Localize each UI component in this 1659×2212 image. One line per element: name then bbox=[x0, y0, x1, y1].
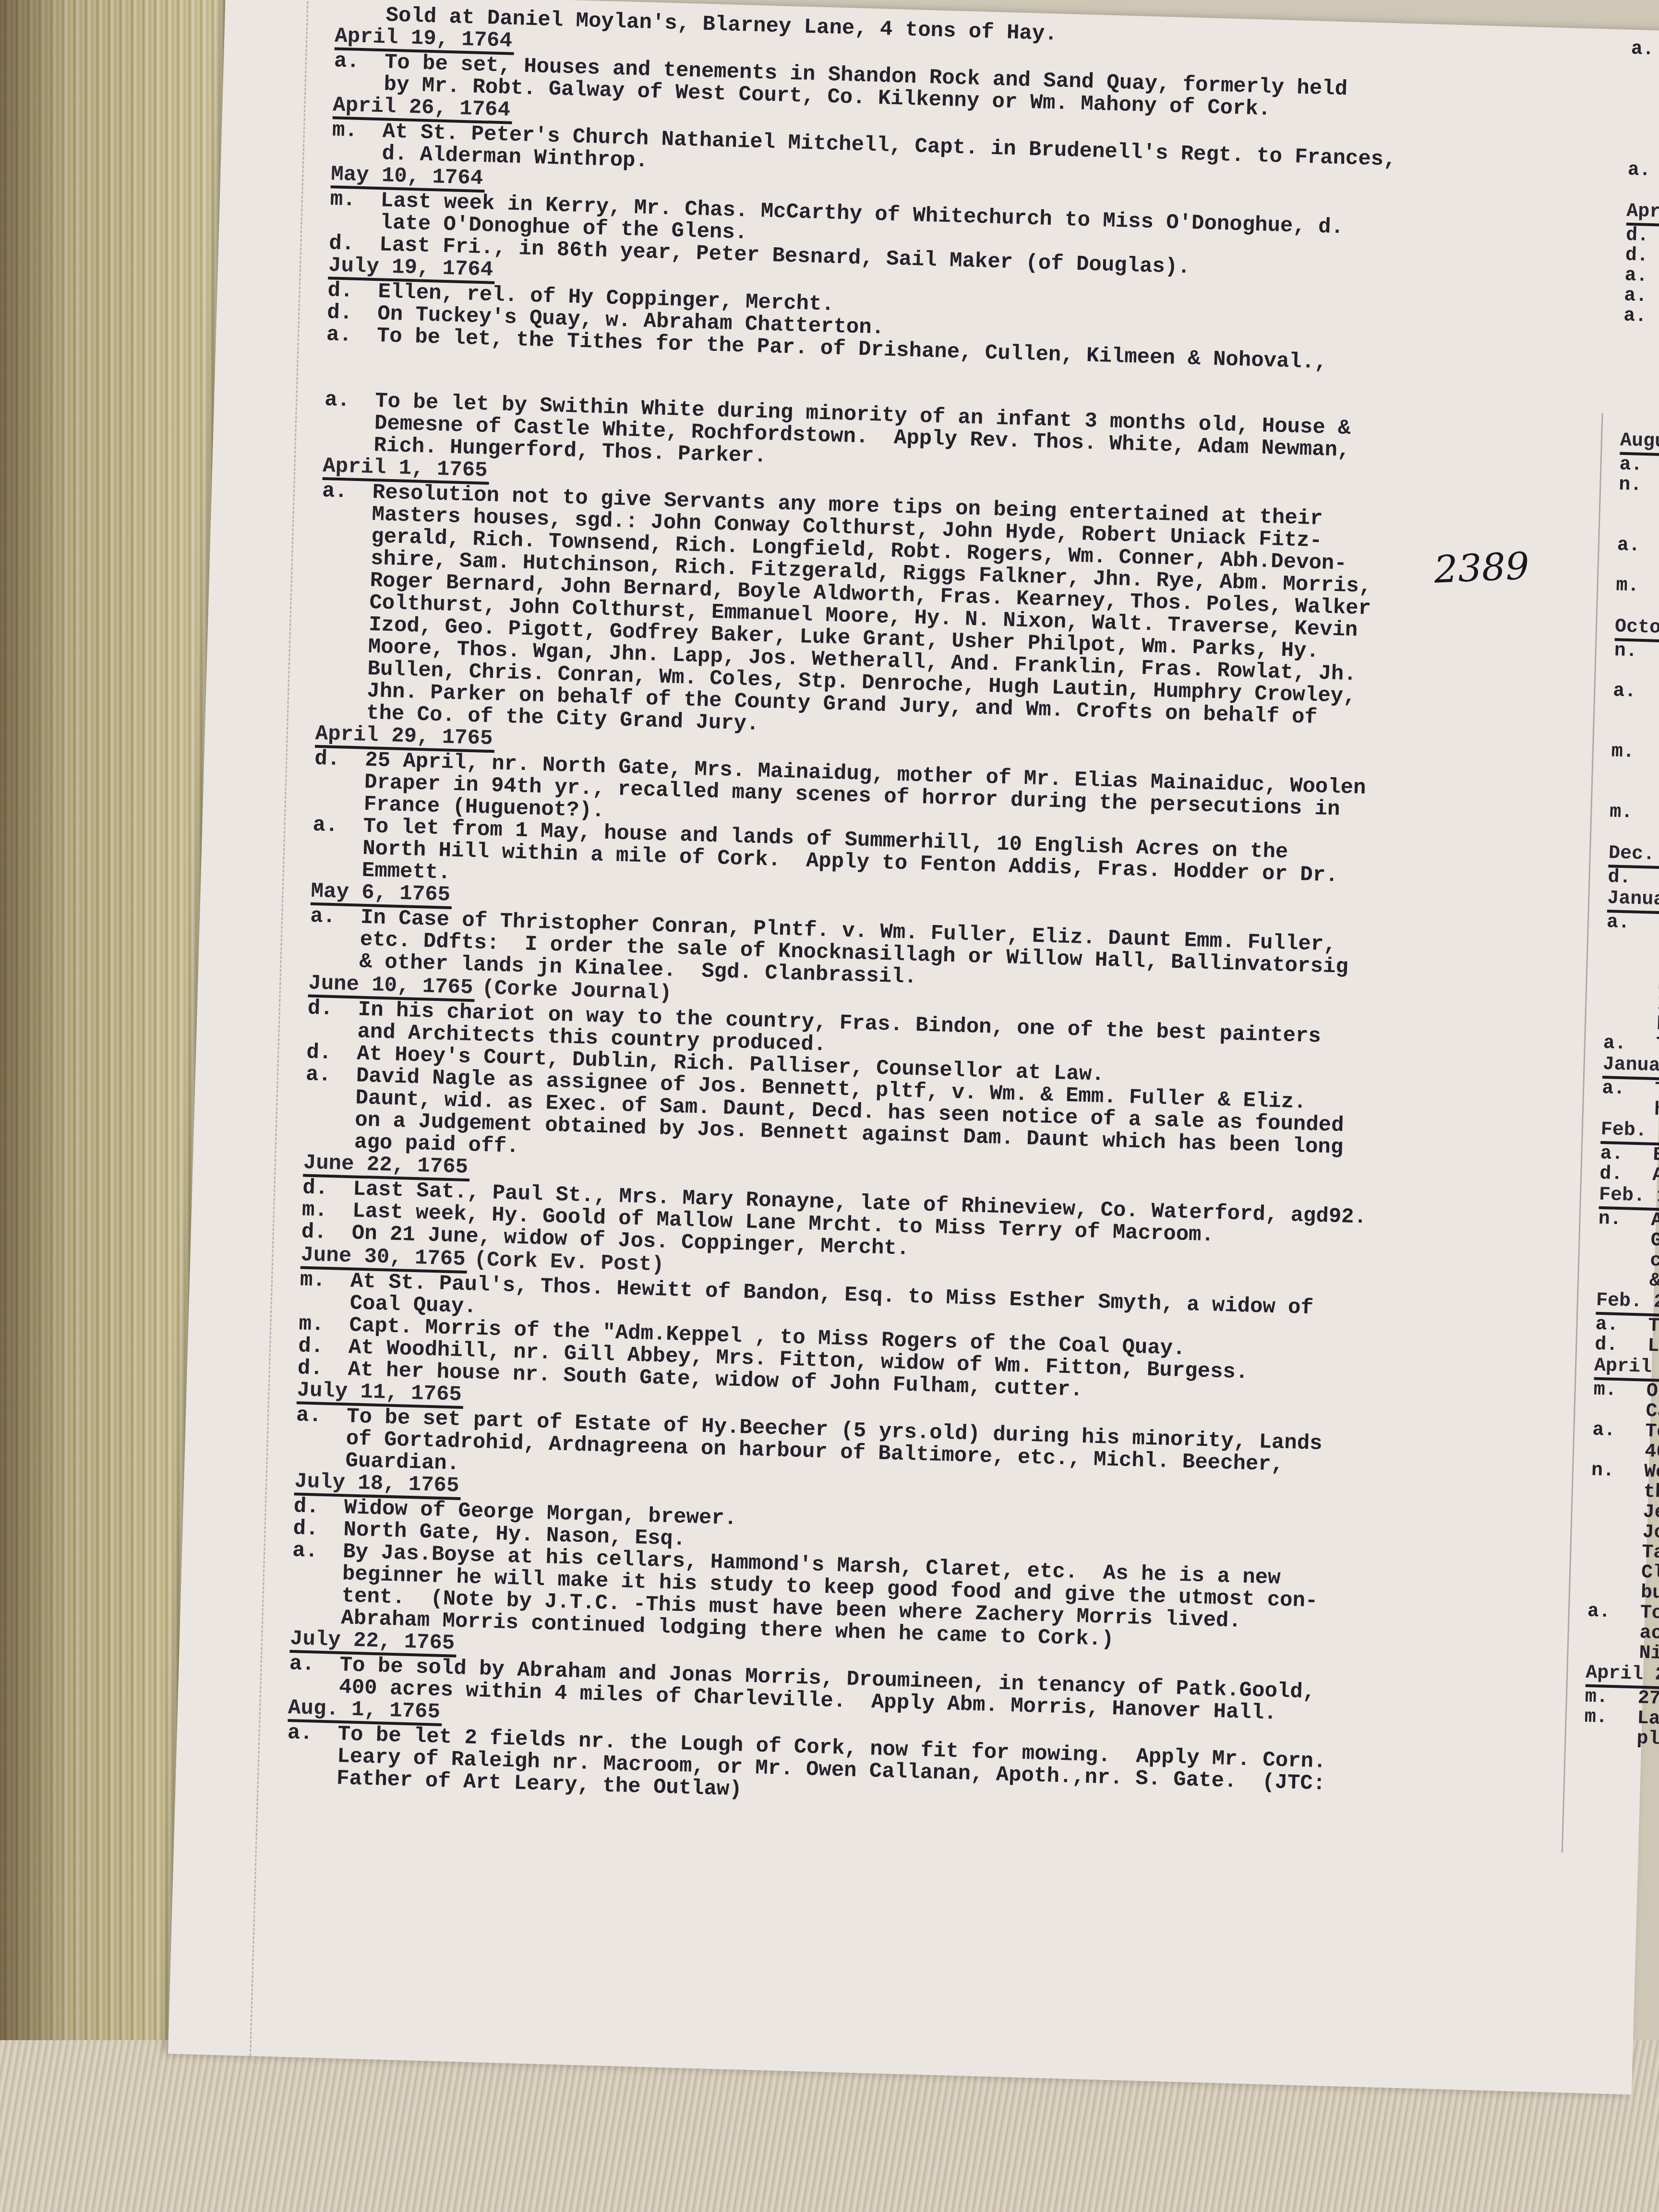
entry-type-code: d. bbox=[329, 232, 380, 256]
source-note: (Corke Journal) bbox=[481, 976, 672, 1006]
entry-type-code: m. bbox=[301, 1199, 352, 1222]
entry-type-code bbox=[1622, 367, 1659, 388]
entry-type-code: d. bbox=[1625, 226, 1659, 247]
entry-type-code: m. bbox=[1585, 1687, 1638, 1708]
entry-type-code: m. bbox=[330, 188, 381, 212]
entry-type-code: a. bbox=[296, 1404, 347, 1428]
entry-type-code: n. bbox=[1614, 641, 1659, 662]
entry-text: place. bbox=[1636, 1729, 1659, 1755]
entry-type-code: n. bbox=[1619, 475, 1659, 496]
entry-type-code: d. bbox=[327, 301, 378, 325]
entry-type-code: d. bbox=[327, 279, 378, 303]
entry-type-code: a. bbox=[1624, 266, 1659, 288]
entry-type-code: a. bbox=[1600, 1144, 1653, 1166]
entry-type-code: a. bbox=[1592, 1420, 1646, 1442]
entry-type-code: d. bbox=[1625, 246, 1659, 267]
section-gap bbox=[1621, 387, 1659, 437]
entry-type-code: d. bbox=[314, 748, 365, 771]
entry-type-code: m. bbox=[332, 119, 383, 143]
entry-type-code: a. bbox=[1603, 1034, 1656, 1055]
entry-type-code: a. bbox=[1619, 455, 1659, 476]
entry-type-code: m. bbox=[1584, 1707, 1637, 1729]
entry-type-code: m. bbox=[300, 1269, 350, 1292]
entry-type-code: a. bbox=[313, 814, 363, 838]
right-column-fragment: a.Toa.& Na.thoa.Kerra.louga.Hutca.Carda.… bbox=[1584, 39, 1659, 1755]
entry-type-code: a. bbox=[287, 1722, 338, 1745]
entry-type-code: a. bbox=[1623, 306, 1659, 328]
source-note: (Cork Ev. Post) bbox=[474, 1248, 664, 1277]
handwritten-page-number: 2389 bbox=[1433, 544, 1530, 591]
entry-type-code: a. bbox=[292, 1539, 343, 1563]
entry-type-code: d. bbox=[297, 1357, 348, 1381]
entry-type-code: d. bbox=[307, 998, 358, 1021]
entry-type-code: m. bbox=[1611, 742, 1659, 763]
entry-type-code: d. bbox=[301, 1221, 352, 1244]
entry-type-code: a. bbox=[1606, 913, 1659, 934]
entry-type-code: d. bbox=[298, 1335, 349, 1358]
entry-type-code: d. bbox=[293, 1495, 344, 1519]
entry-type-code: m. bbox=[1616, 576, 1659, 597]
entry-type-code: a. bbox=[289, 1653, 340, 1676]
date-heading: April 4, bbox=[1626, 201, 1659, 228]
entry-type-code: d. bbox=[1595, 1335, 1648, 1357]
entry-type-code: a. bbox=[1602, 1079, 1655, 1100]
entry-type-code: n. bbox=[1591, 1461, 1644, 1482]
entry-type-code: d. bbox=[1608, 867, 1659, 889]
document-page: Sold at Daniel Moylan's, Blarney Lane, 4… bbox=[168, 0, 1659, 2094]
entry-type-code: a. bbox=[1631, 39, 1659, 61]
entry-type-code: m. bbox=[299, 1313, 349, 1336]
entry-line: m.place. bbox=[1584, 1727, 1659, 1754]
entry-type-code: d. bbox=[1599, 1164, 1653, 1186]
entry-type-code: a. bbox=[322, 480, 373, 504]
entry-type-code: n. bbox=[1598, 1209, 1651, 1231]
entry-type-code: a. bbox=[1627, 160, 1659, 182]
entry-type-code: a. bbox=[325, 389, 375, 412]
entry-type-code: m. bbox=[1610, 802, 1659, 824]
entry-type-code: d. bbox=[302, 1177, 353, 1200]
entry-type-code: a. bbox=[326, 324, 377, 347]
date-heading: August 2 bbox=[1620, 430, 1659, 457]
entry-type-code: d. bbox=[293, 1517, 344, 1541]
entry-type-code: a. bbox=[334, 50, 385, 73]
entry-type-code: d. bbox=[306, 1042, 357, 1065]
entry-type-code: a. bbox=[1624, 286, 1659, 308]
entry-type-code: m. bbox=[1593, 1380, 1647, 1402]
left-column: Sold at Daniel Moylan's, Blarney Lane, 4… bbox=[286, 3, 1593, 1823]
entry-type-code: a. bbox=[1613, 681, 1659, 703]
entry-type-code: a. bbox=[310, 905, 361, 929]
entry-type-code: a. bbox=[1587, 1602, 1640, 1623]
entry-type-code: a. bbox=[305, 1064, 356, 1087]
entry-type-code: a. bbox=[1595, 1315, 1648, 1336]
entry-type-code: a. bbox=[1617, 535, 1659, 557]
entry-type-code bbox=[335, 3, 386, 26]
